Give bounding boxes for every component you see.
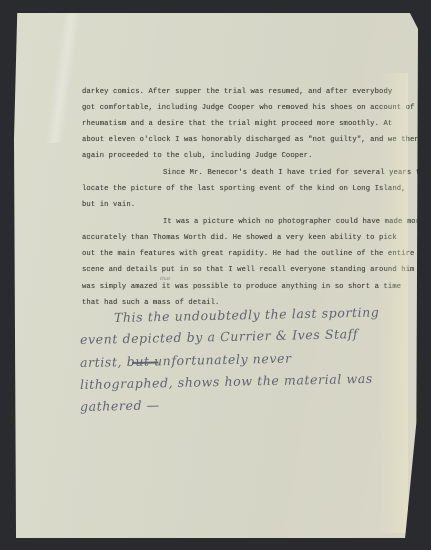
typed-line: about eleven o'clock I was honorably dis… [82,136,419,144]
handwritten-line: gathered — [80,397,160,414]
typed-line: got comfortable, including Judge Cooper … [82,104,415,112]
typed-line: out the main features with great rapidit… [82,250,415,258]
typed-line: accurately than Thomas Worth did. He sho… [82,234,397,242]
handwritten-line: lithographed, shows how the material was [80,371,373,392]
handwritten-line: artist, but unfortunately never [80,351,292,370]
typed-line: again proceeded to the club, including J… [82,152,313,160]
typed-line: but in vain. [82,201,135,209]
document-page: darkey comics. After supper the trial wa… [14,13,418,538]
typed-line: rheumatism and a desire that the trial m… [82,120,392,128]
typed-line: locate the picture of the last sporting … [82,185,406,193]
struck-word: was [132,354,159,370]
handwritten-line: This the undoubtedly the last sporting [114,304,380,325]
handwritten-line: event depicted by a Currier & Ives Staff [80,326,359,347]
typed-line: It was a picture which no photographer c… [163,218,425,226]
typed-line: scene and details put in so that I well … [82,266,415,274]
handwritten-text: artist, but unfortunately never [80,351,292,370]
typed-line: darkey comics. After supper the trial wa… [82,88,392,96]
typed-line: was simply amazed it was possible to pro… [82,283,401,291]
typed-line: Since Mr. Benecor's death I have tried f… [163,169,425,177]
typed-line: that had such a mass of detail. [82,299,219,307]
interlinear-insertion: that [160,276,170,282]
